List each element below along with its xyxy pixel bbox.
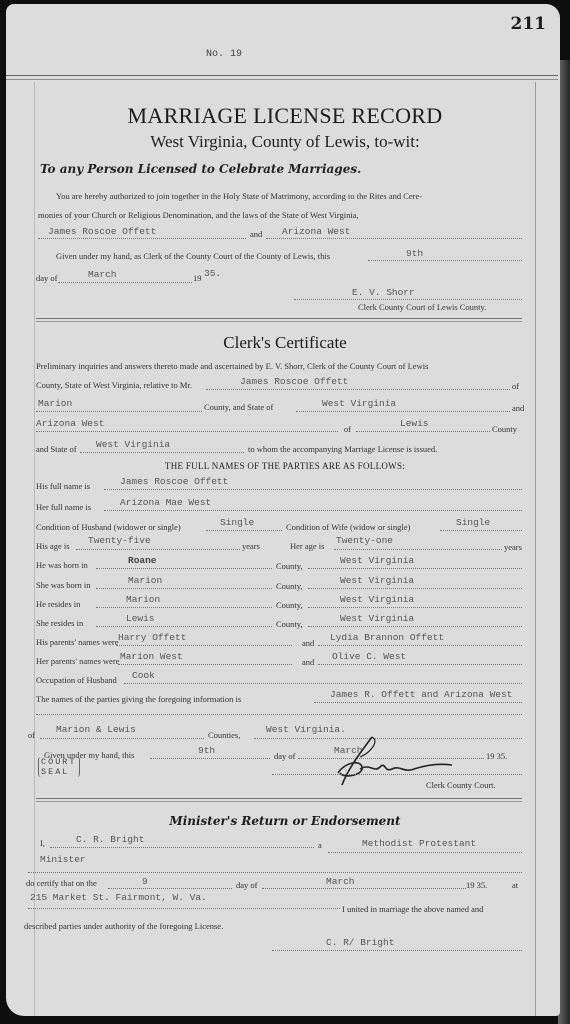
certificate-title: Clerk's Certificate xyxy=(0,333,570,353)
informant-counties-line xyxy=(40,738,204,739)
county-label: County, xyxy=(276,561,303,571)
cert-day-of-label: day of xyxy=(274,751,295,761)
day-of-label: day of xyxy=(36,273,57,283)
miss-county: Lewis xyxy=(400,418,429,429)
license-day: 9th xyxy=(406,248,423,259)
husband-condition: Single xyxy=(220,517,254,528)
mr-name-line xyxy=(206,389,510,390)
she-resides-state: West Virginia xyxy=(340,613,414,624)
cert-year: 19 35. xyxy=(486,751,507,761)
her-age-line xyxy=(334,549,502,550)
his-age: Twenty-five xyxy=(88,535,151,546)
county-label: County xyxy=(492,424,517,434)
her-mother: Olive C. West xyxy=(332,651,406,662)
mr-county-line xyxy=(36,411,202,412)
mr-state-line xyxy=(296,411,510,412)
wife-condition: Single xyxy=(456,517,490,528)
mr-state: West Virginia xyxy=(322,398,396,409)
miss-name: Arizona West xyxy=(36,418,104,429)
seal-line-1: COURT xyxy=(41,757,77,767)
wife-condition-label: Condition of Wife (widow or single) xyxy=(286,522,410,532)
informant-line xyxy=(314,702,522,703)
he-resides-state: West Virginia xyxy=(340,594,414,605)
cert-clerk-title: Clerk County Court. xyxy=(426,780,496,790)
he-resides-state-line xyxy=(308,607,522,608)
informant: James R. Offett and Arizona West xyxy=(330,689,512,700)
bride-name: Arizona West xyxy=(282,226,350,237)
her-father: Marion West xyxy=(120,651,183,662)
minister-signature-line xyxy=(272,950,522,951)
minister-name: C. R. Bright xyxy=(76,834,144,845)
years-label: years xyxy=(242,541,260,551)
his-age-line xyxy=(76,549,240,550)
occupation: Cook xyxy=(132,670,155,681)
day-field-line xyxy=(368,260,522,261)
marriage-year: 19 35. xyxy=(466,880,487,890)
and-label: and xyxy=(512,403,524,413)
county-label: County, xyxy=(276,619,303,629)
county-label: County, xyxy=(276,581,303,591)
salutation: To any Person Licensed to Celebrate Marr… xyxy=(40,162,361,176)
described-label: described parties under authority of the… xyxy=(24,921,223,931)
a-label: a xyxy=(318,840,322,850)
marriage-month-line xyxy=(262,888,466,889)
clerk-title: Clerk County Court of Lewis County. xyxy=(358,302,486,312)
denomination: Methodist Protestant xyxy=(362,838,476,849)
certificate-intro-1: Preliminary inquiries and answers theret… xyxy=(36,361,428,371)
she-born-county: Marion xyxy=(128,575,162,586)
cert-day-line xyxy=(150,758,270,759)
she-born-state-line xyxy=(308,588,522,589)
her-age: Twenty-one xyxy=(336,535,393,546)
year-prefix: 19 xyxy=(193,273,202,283)
occupation-line xyxy=(124,683,522,684)
her-mother-line xyxy=(318,664,522,665)
counties-label: Counties, xyxy=(208,730,240,740)
denomination-line xyxy=(328,852,522,853)
and-label: and xyxy=(302,657,314,667)
marriage-month: March xyxy=(326,876,355,887)
informant-label: The names of the parties giving the fore… xyxy=(36,694,241,704)
her-age-label: Her age is xyxy=(290,541,324,551)
miss-name-line xyxy=(36,431,338,432)
miss-county-line xyxy=(356,431,490,432)
relative-to-label: County, State of West Virginia, relative… xyxy=(36,380,192,390)
clerk-signature: E. V. Shorr xyxy=(352,287,415,298)
he-born-state-line xyxy=(308,568,522,569)
her-name: Arizona Mae West xyxy=(120,497,211,508)
wife-condition-line xyxy=(440,530,522,531)
minister-day-of-label: day of xyxy=(236,880,257,890)
he-born-state: West Virginia xyxy=(340,555,414,566)
license-year: 35. xyxy=(204,268,221,279)
her-father-line xyxy=(118,664,292,665)
miss-of-label: of xyxy=(344,424,351,434)
clerk-signature-line xyxy=(294,299,522,300)
she-resides-county: Lewis xyxy=(126,613,155,624)
and-label: and xyxy=(302,638,314,648)
minister-signature: C. R/ Bright xyxy=(326,937,394,948)
of-label: of xyxy=(28,730,35,740)
minister-role: Minister xyxy=(40,854,86,865)
page-title: MARRIAGE LICENSE RECORD xyxy=(0,103,570,129)
section-divider xyxy=(36,318,522,322)
county-state-label: County, and State of xyxy=(204,402,273,412)
place-line xyxy=(28,908,340,909)
years-label-2: years xyxy=(504,542,522,552)
husband-condition-label: Condition of Husband (widower or single) xyxy=(36,522,181,532)
form-number: No. 19 xyxy=(206,49,242,60)
groom-name: James Roscoe Offett xyxy=(48,226,156,237)
miss-state-line xyxy=(80,452,244,453)
groom-field-line xyxy=(38,238,246,239)
cert-day: 9th xyxy=(198,745,215,756)
given-label: Given under my hand, as Clerk of the Cou… xyxy=(56,251,330,261)
and-state-label: and State of xyxy=(36,444,77,454)
i-label: I, xyxy=(40,838,45,848)
her-parents-label: Her parents' names were xyxy=(36,656,119,666)
he-born-label: He was born in xyxy=(36,560,88,570)
she-born-label: She was born in xyxy=(36,580,91,590)
bride-field-line xyxy=(266,238,522,239)
to-whom-label: to whom the accompanying Marriage Licens… xyxy=(248,444,437,454)
she-resides-line xyxy=(96,626,272,627)
license-body-line-1: You are hereby authorized to join togeth… xyxy=(56,191,422,201)
at-label: at xyxy=(512,880,518,890)
she-resides-state-line xyxy=(308,626,522,627)
page-number: 211 xyxy=(511,14,547,34)
role-line xyxy=(28,872,522,873)
occupation-label: Occupation of Husband xyxy=(36,675,117,685)
his-age-label: His age is xyxy=(36,541,70,551)
and-label: and xyxy=(250,229,262,239)
his-mother-line xyxy=(318,645,522,646)
he-resides-county: Marion xyxy=(126,594,160,605)
his-father: Harry Offett xyxy=(118,632,186,643)
his-father-line xyxy=(116,645,292,646)
his-parents-label: His parents' names were xyxy=(36,637,119,647)
court-seal: COURT SEAL xyxy=(38,757,80,777)
parties-heading: THE FULL NAMES OF THE PARTIES ARE AS FOL… xyxy=(0,461,570,471)
seal-line-2: SEAL xyxy=(41,767,77,777)
minister-title: Minister's Return or Endorsement xyxy=(0,814,570,828)
his-mother: Lydia Brannon Offett xyxy=(330,632,444,643)
month-field-line xyxy=(58,282,192,283)
mr-county: Marion xyxy=(38,398,72,409)
he-resides-line xyxy=(96,607,272,608)
she-resides-label: She resides in xyxy=(36,618,83,628)
marriage-day: 9 xyxy=(142,876,148,887)
informant-counties: Marion & Lewis xyxy=(56,724,136,735)
page-subtitle: West Virginia, County of Lewis, to-wit: xyxy=(0,132,570,152)
husband-condition-line xyxy=(206,530,282,531)
marriage-place: 215 Market St. Fairmont, W. Va. xyxy=(30,892,207,903)
his-name-line xyxy=(104,489,522,490)
clerk-signature-line xyxy=(272,774,522,775)
license-body-line-2: monies of your Church or Religious Denom… xyxy=(38,210,359,220)
he-resides-label: He resides in xyxy=(36,599,80,609)
her-name-label: Her full name is xyxy=(36,502,91,512)
mr-name: James Roscoe Offett xyxy=(240,376,348,387)
license-month: March xyxy=(88,269,117,280)
his-name-label: His full name is xyxy=(36,481,90,491)
certify-label: do certify that on the xyxy=(26,878,97,888)
informant-line-2 xyxy=(36,714,522,715)
marriage-day-line xyxy=(108,888,232,889)
united-label: I united in marriage the above named and xyxy=(342,904,483,914)
section-divider xyxy=(36,798,522,802)
of-label: of xyxy=(512,381,519,391)
his-name: James Roscoe Offett xyxy=(120,476,228,487)
she-born-state: West Virginia xyxy=(340,575,414,586)
he-born-county: Roane xyxy=(128,555,157,566)
she-born-line xyxy=(96,588,272,589)
top-rule xyxy=(6,75,558,80)
he-born-line xyxy=(96,568,272,569)
minister-name-line xyxy=(50,847,314,848)
her-name-line xyxy=(104,510,522,511)
county-label: County, xyxy=(276,600,303,610)
miss-state: West Virginia xyxy=(96,439,170,450)
